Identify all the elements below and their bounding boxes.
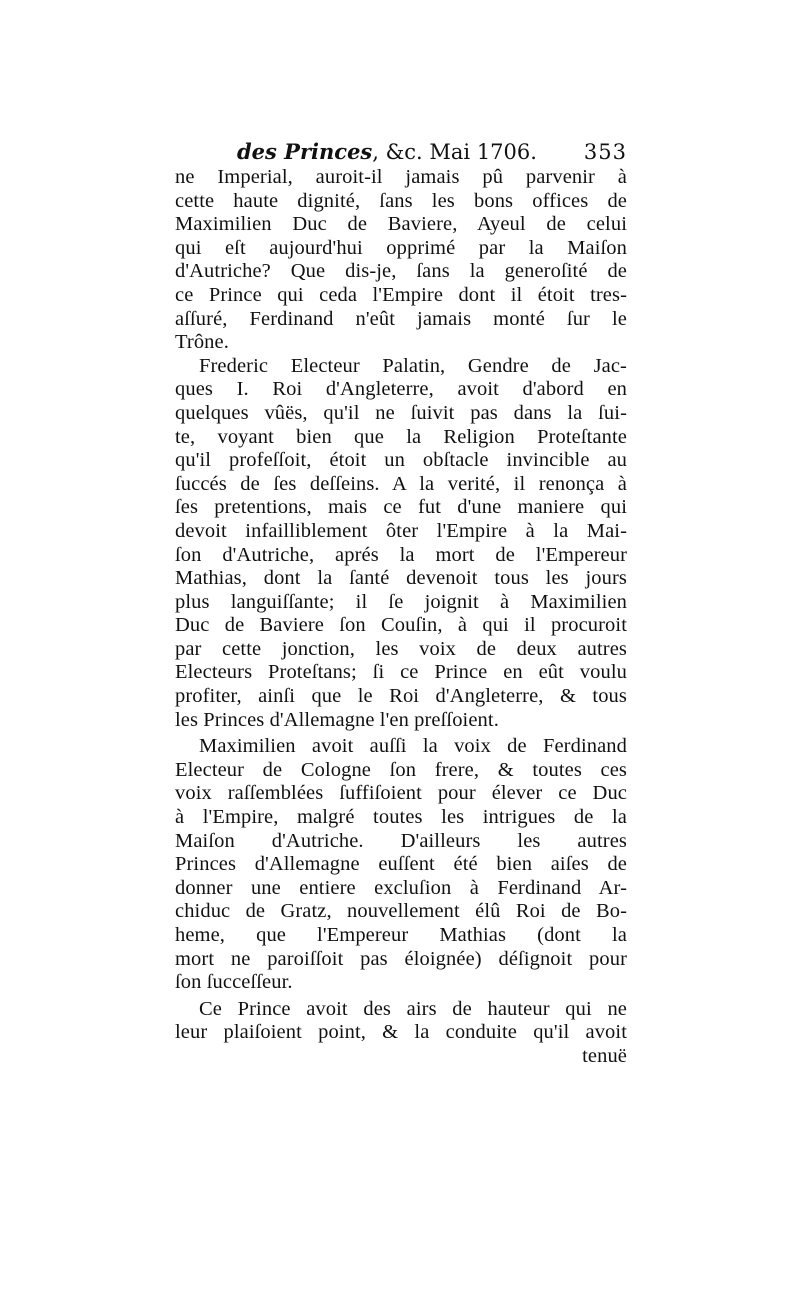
running-head-title-italic: des Princes [237,139,372,164]
text-line: plus languiſſante; il ſe joignit à Maxim… [175,591,627,615]
text-line: te, voyant bien que la Religion Proteſta… [175,426,627,450]
text-line: ſes pretentions, mais ce fut d'une manie… [175,496,627,520]
text-line: Ce Prince avoit des airs de hauteur qui … [175,998,627,1022]
text-line: qui eſt aujourd'hui opprimé par la Maiſo… [175,237,627,261]
text-line: Electeurs Proteſtans; ſi ce Prince en eû… [175,661,627,685]
text-line: profiter, ainſi que le Roi d'Angleterre,… [175,685,627,709]
text-line: ſon ſucceſſeur. [175,971,627,995]
running-head: des Princes, &c. Mai 1706. 353 [175,140,627,166]
book-page: des Princes, &c. Mai 1706. 353 ne Imperi… [175,140,627,1069]
text-line: d'Autriche? Que dis-je, ſans la generoſi… [175,260,627,284]
text-line: Maiſon d'Autriche. D'ailleurs les autres [175,830,627,854]
text-line: cette haute dignité, ſans les bons offic… [175,190,627,214]
running-head-title: des Princes, &c. Mai 1706. [237,140,537,165]
paragraph-3: Maximilien avoit auſſi la voix de Ferdin… [175,735,627,995]
text-line: Mathias, dont la ſanté devenoit tous les… [175,567,627,591]
text-line: à l'Empire, malgré toutes les intrigues … [175,806,627,830]
text-line: Maximilien avoit auſſi la voix de Ferdin… [175,735,627,759]
text-line: chiduc de Gratz, nouvellement élû Roi de… [175,900,627,924]
catchword: tenuë [175,1045,627,1069]
text-line: heme, que l'Empereur Mathias (dont la [175,924,627,948]
text-line: Frederic Electeur Palatin, Gendre de Jac… [175,355,627,379]
text-line: ne Imperial, auroit-il jamais pû parveni… [175,166,627,190]
text-line: mort ne paroiſſoit pas éloignée) déſigno… [175,948,627,972]
text-line: par cette jonction, les voix de deux aut… [175,638,627,662]
text-line: aſſuré, Ferdinand n'eût jamais monté ſur… [175,308,627,332]
text-line: devoit infailliblement ôter l'Empire à l… [175,520,627,544]
text-line: Trône. [175,331,627,355]
text-line: ques I. Roi d'Angleterre, avoit d'abord … [175,378,627,402]
text-line: donner une entiere excluſion à Ferdinand… [175,877,627,901]
paragraph-2: Frederic Electeur Palatin, Gendre de Jac… [175,355,627,733]
text-line: Electeur de Cologne ſon frere, & toutes … [175,759,627,783]
text-line: quelques vûës, qu'il ne ſuivit pas dans … [175,402,627,426]
text-line: Duc de Baviere ſon Couſin, à qui il proc… [175,614,627,638]
running-head-title-date: , &c. Mai 1706. [372,140,537,164]
text-line: Maximilien Duc de Baviere, Ayeul de celu… [175,213,627,237]
text-line: ce Prince qui ceda l'Empire dont il étoi… [175,284,627,308]
text-line: leur plaiſoient point, & la conduite qu'… [175,1021,627,1045]
text-line: ſon d'Autriche, aprés la mort de l'Emper… [175,544,627,568]
text-line: voix raſſemblées ſuffiſoient pour élever… [175,782,627,806]
text-line: les Princes d'Allemagne l'en preſſoient. [175,709,627,733]
paragraph-4: Ce Prince avoit des airs de hauteur qui … [175,998,627,1045]
page-number: 353 [584,141,627,165]
paragraph-1: ne Imperial, auroit-il jamais pû parveni… [175,166,627,355]
text-line: Princes d'Allemagne euſſent été bien aiſ… [175,853,627,877]
text-line: qu'il profeſſoit, étoit un obſtacle invi… [175,449,627,473]
text-line: ſuccés de ſes deſſeins. A la verité, il … [175,473,627,497]
